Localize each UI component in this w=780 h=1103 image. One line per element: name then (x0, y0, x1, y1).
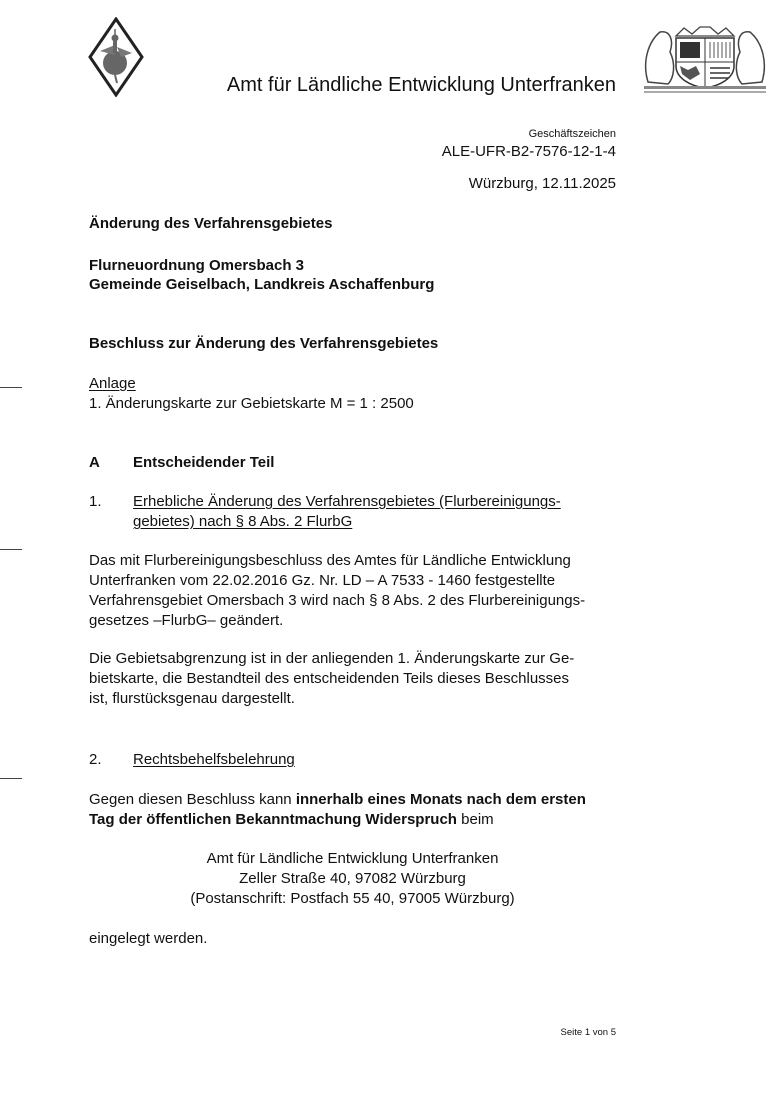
paragraph-line: bietskarte, die Bestandteil des entschei… (89, 669, 574, 689)
office-address: Amt für Ländliche Entwicklung Unterfrank… (89, 849, 616, 909)
paragraph-line: Unterfranken vom 22.02.2016 Gz. Nr. LD –… (89, 571, 585, 591)
paragraph-line: gesetzes –FlurbG– geändert. (89, 611, 585, 631)
fold-mark (0, 387, 22, 388)
paragraph-line: Die Gebietsabgrenzung ist in der anliege… (89, 649, 574, 669)
document-title: Änderung des Verfahrensgebietes (89, 214, 332, 234)
section-a-heading: AEntscheidender Teil (89, 453, 274, 473)
item2-heading-text: Rechtsbehelfsbelehrung (133, 751, 295, 768)
office-name-heading: Amt für Ländliche Entwicklung Unterfrank… (180, 74, 616, 97)
paragraph-2: Die Gebietsabgrenzung ist in der anliege… (89, 649, 574, 709)
legal-remedy-paragraph: Gegen diesen Beschluss kann innerhalb ei… (89, 790, 586, 830)
bavarian-coat-of-arms-icon (640, 22, 770, 96)
item2-number: 2. (89, 750, 133, 770)
procedure-name: Flurneuordnung Omersbach 3 (89, 256, 304, 276)
item1-heading-continued: gebietes) nach § 8 Abs. 2 FlurbG (89, 512, 352, 532)
attachment-item: 1. Änderungskarte zur Gebietskarte M = 1… (89, 394, 414, 414)
address-line: (Postanschrift: Postfach 55 40, 97005 Wü… (89, 889, 616, 909)
paragraph-line: Das mit Flurbereinigungsbeschluss des Am… (89, 551, 585, 571)
legal-text: beim (457, 811, 494, 828)
page-number: Seite 1 von 5 (500, 1027, 616, 1038)
address-line: Zeller Straße 40, 97082 Würzburg (89, 869, 616, 889)
reference-label: Geschäftszeichen (400, 128, 616, 140)
section-letter: A (89, 453, 133, 473)
place-date: Würzburg, 12.11.2025 (400, 175, 616, 192)
item1-number: 1. (89, 492, 133, 512)
decision-title: Beschluss zur Änderung des Verfahrensgeb… (89, 334, 438, 354)
item2-heading: 2.Rechtsbehelfsbelehrung (89, 750, 295, 770)
ale-diamond-logo-icon (88, 17, 144, 97)
fold-mark (0, 549, 22, 550)
legal-text-bold: innerhalb eines Monats nach dem ersten (296, 791, 586, 808)
paragraph-line: Verfahrensgebiet Omersbach 3 wird nach §… (89, 591, 585, 611)
paragraph-1: Das mit Flurbereinigungsbeschluss des Am… (89, 551, 585, 631)
item1-heading-line1: Erhebliche Änderung des Verfahrensgebiet… (133, 493, 561, 510)
reference-number: ALE-UFR-B2-7576-12-1-4 (400, 143, 616, 160)
attachment-label: Anlage (89, 374, 136, 394)
closing-text: eingelegt werden. (89, 929, 207, 949)
item1-heading-line2: gebietes) nach § 8 Abs. 2 FlurbG (133, 513, 352, 530)
legal-text-bold: Tag der öffentlichen Bekanntmachung Wide… (89, 811, 457, 828)
section-title: Entscheidender Teil (133, 454, 274, 471)
fold-mark (0, 778, 22, 779)
item1-heading: 1.Erhebliche Änderung des Verfahrensgebi… (89, 492, 561, 512)
paragraph-line: ist, flurstücksgenau dargestellt. (89, 689, 574, 709)
municipality-name: Gemeinde Geiselbach, Landkreis Aschaffen… (89, 275, 434, 295)
address-line: Amt für Ländliche Entwicklung Unterfrank… (89, 849, 616, 869)
legal-text: Gegen diesen Beschluss kann (89, 791, 296, 808)
